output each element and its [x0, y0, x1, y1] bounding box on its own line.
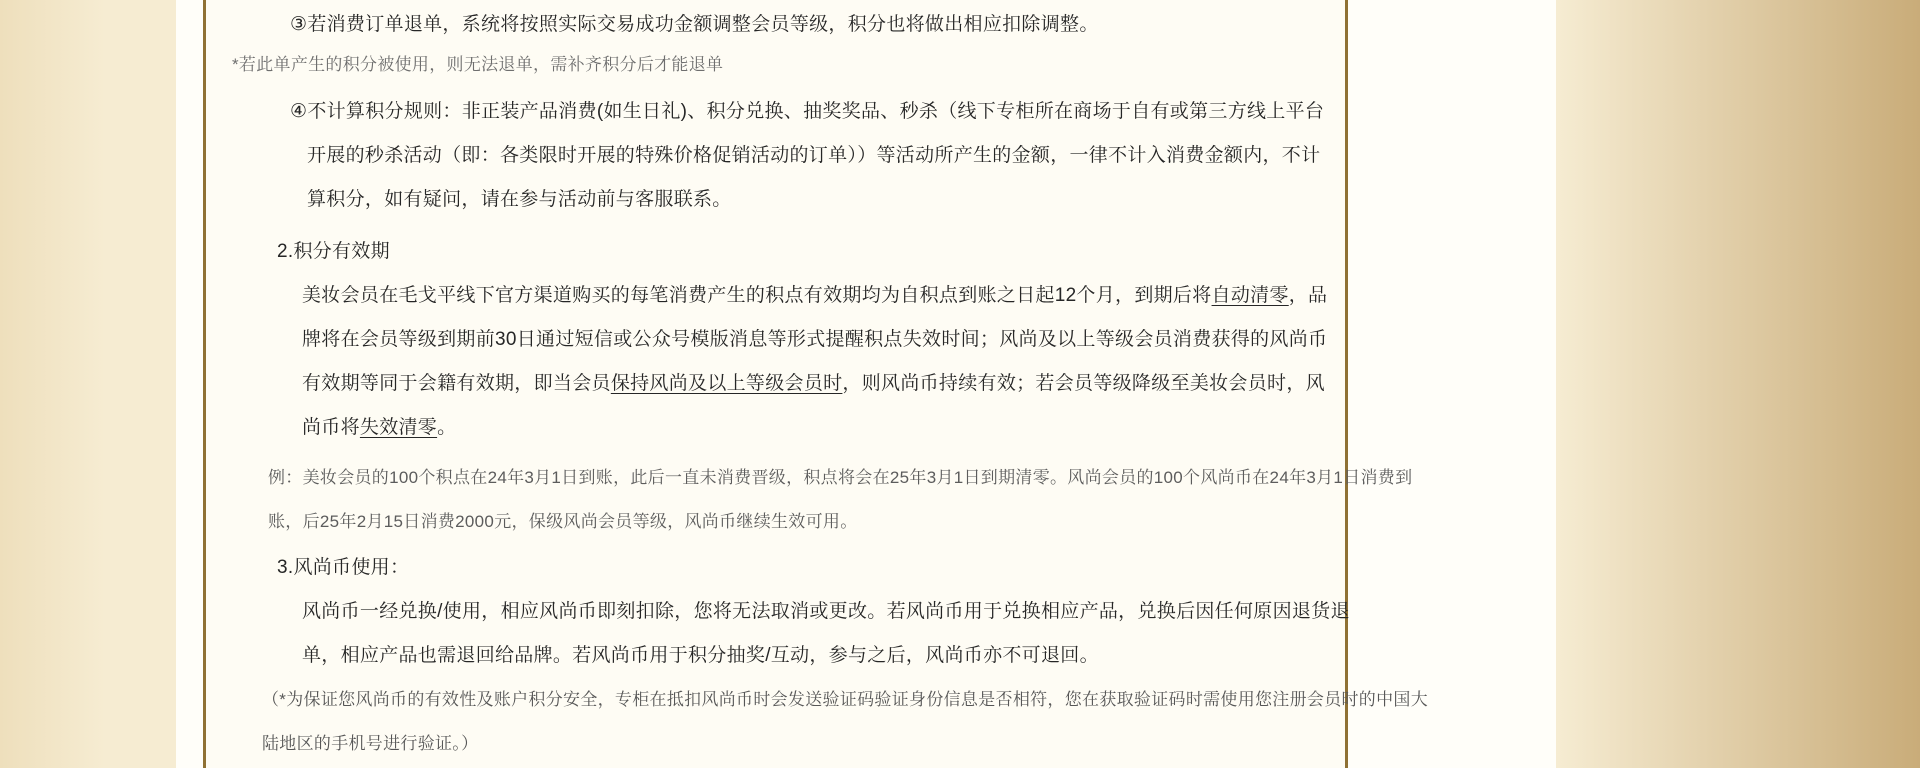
section-heading: 2.积分有效期	[206, 230, 1345, 274]
text-segment: 3.风尚币使用：	[277, 557, 409, 578]
paragraph-line: 有效期等同于会籍有效期，即当会员保持风尚及以上等级会员时，则风尚币持续有效；若会…	[206, 362, 1345, 406]
text-segment: （*为保证您风尚币的有效性及账户积分安全，专柜在抵扣风尚币时会发送验证码验证身份…	[262, 690, 1428, 709]
text-segment: 开展的秒杀活动（即：各类限时开展的特殊价格促销活动的订单））等活动所产生的金额，…	[307, 145, 1320, 166]
underlined-term: 自动清零	[1212, 285, 1289, 306]
paragraph-line: 牌将在会员等级到期前30日通过短信或公众号模版消息等形式提醒积点失效时间；风尚及…	[206, 318, 1345, 362]
text-segment: 算积分，如有疑问，请在参与活动前与客服联系。	[307, 189, 732, 210]
list-item-line: ③若消费订单退单，系统将按照实际交易成功金额调整会员等级，积分也将做出相应扣除调…	[206, 3, 1345, 47]
example-line: 账，后25年2月15日消费2000元，保级风尚会员等级，风尚币继续生效可用。	[206, 500, 1345, 544]
text-segment: 例：美妆会员的100个积点在24年3月1日到账，此后一直未消费晋级，积点将会在2…	[268, 468, 1412, 487]
text-segment: 牌将在会员等级到期前30日通过短信或公众号模版消息等形式提醒积点失效时间；风尚及…	[302, 329, 1327, 350]
text-segment: *若此单产生的积分被使用，则无法退单，需补齐积分后才能退单	[232, 55, 723, 74]
underlined-term: 保持风尚及以上等级会员时	[611, 373, 843, 394]
text-segment: 。	[437, 417, 456, 438]
text-segment: ，则风尚币持续有效；若会员等级降级至美妆会员时，风	[842, 373, 1325, 394]
page-white-area: ③若消费订单退单，系统将按照实际交易成功金额调整会员等级，积分也将做出相应扣除调…	[176, 0, 1556, 768]
section-heading: 3.风尚币使用：	[206, 546, 1345, 590]
text-segment: 风尚币一经兑换/使用，相应风尚币即刻扣除，您将无法取消或更改。若风尚币用于兑换相…	[302, 601, 1350, 622]
text-segment: 尚币将	[302, 417, 360, 438]
text-segment: 有效期等同于会籍有效期，即当会员	[302, 373, 611, 394]
list-item-line: 算积分，如有疑问，请在参与活动前与客服联系。	[206, 178, 1345, 222]
text-segment: 陆地区的手机号进行验证。）	[262, 734, 478, 753]
page-root: ③若消费订单退单，系统将按照实际交易成功金额调整会员等级，积分也将做出相应扣除调…	[0, 0, 1920, 768]
paragraph-line: 单，相应产品也需退回给品牌。若风尚币用于积分抽奖/互动，参与之后，风尚币亦不可退…	[206, 634, 1345, 678]
paragraph-line: 尚币将失效清零。	[206, 406, 1345, 450]
right-margin-background	[1556, 0, 1920, 768]
paragraph-line: 风尚币一经兑换/使用，相应风尚币即刻扣除，您将无法取消或更改。若风尚币用于兑换相…	[206, 590, 1345, 634]
example-line: 例：美妆会员的100个积点在24年3月1日到账，此后一直未消费晋级，积点将会在2…	[206, 456, 1345, 500]
list-item-line: ④不计算积分规则：非正装产品消费(如生日礼)、积分兑换、抽奖奖品、秒杀（线下专柜…	[206, 90, 1345, 134]
footnote-line: *若此单产生的积分被使用，则无法退单，需补齐积分后才能退单	[206, 47, 1345, 82]
paragraph-line: 美妆会员在毛戈平线下官方渠道购买的每笔消费产生的积点有效期均为自积点到账之日起1…	[206, 274, 1345, 318]
underlined-term: 失效清零	[360, 417, 437, 438]
text-segment: ③若消费订单退单，系统将按照实际交易成功金额调整会员等级，积分也将做出相应扣除调…	[290, 14, 1099, 35]
terms-text: ③若消费订单退单，系统将按照实际交易成功金额调整会员等级，积分也将做出相应扣除调…	[206, 3, 1345, 766]
terms-content-box: ③若消费订单退单，系统将按照实际交易成功金额调整会员等级，积分也将做出相应扣除调…	[203, 0, 1348, 768]
text-segment: 单，相应产品也需退回给品牌。若风尚币用于积分抽奖/互动，参与之后，风尚币亦不可退…	[302, 645, 1099, 666]
text-segment: 账，后25年2月15日消费2000元，保级风尚会员等级，风尚币继续生效可用。	[268, 512, 858, 531]
left-margin-background	[0, 0, 176, 768]
text-segment: 美妆会员在毛戈平线下官方渠道购买的每笔消费产生的积点有效期均为自积点到账之日起1…	[302, 285, 1212, 306]
list-item-line: 开展的秒杀活动（即：各类限时开展的特殊价格促销活动的订单））等活动所产生的金额，…	[206, 134, 1345, 178]
footnote-line: （*为保证您风尚币的有效性及账户积分安全，专柜在抵扣风尚币时会发送验证码验证身份…	[206, 678, 1345, 722]
text-segment: 2.积分有效期	[277, 241, 390, 262]
text-segment: ④不计算积分规则：非正装产品消费(如生日礼)、积分兑换、抽奖奖品、秒杀（线下专柜…	[290, 101, 1324, 122]
text-segment: ，品	[1289, 285, 1328, 306]
footnote-line: 陆地区的手机号进行验证。）	[206, 722, 1345, 766]
